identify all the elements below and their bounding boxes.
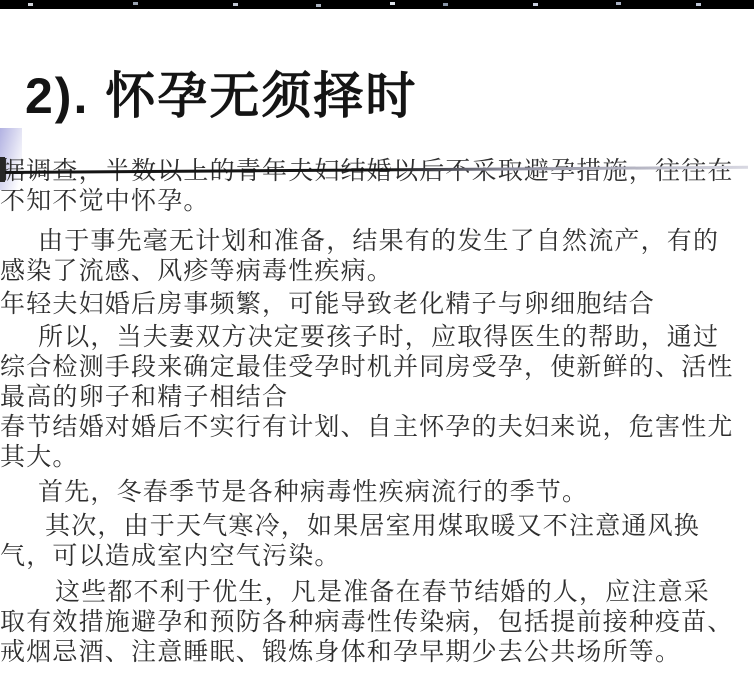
body-line: 综合检测手段来确定最佳受孕时机并同房受孕，使新鲜的、活性: [0, 353, 754, 383]
strikethrough-start-tick: [0, 157, 5, 182]
body-line: 所以，当夫妻双方决定要孩子时，应取得医生的帮助，通过: [0, 323, 754, 353]
top-artifact-bar: [0, 0, 754, 9]
body-line: 气，可以造成室内空气污染。: [0, 542, 754, 572]
body-line: 取有效措施避孕和预防各种病毒性传染病，包括提前接种疫苗、: [0, 608, 754, 638]
body-line: 不知不觉中怀孕。: [0, 187, 754, 217]
slide-body: 据调查，半数以上的青年夫妇结婚以后不采取避孕措施，往往在 不知不觉中怀孕。 由于…: [0, 157, 754, 668]
body-line: 由于事先毫无计划和准备，结果有的发生了自然流产，有的: [0, 227, 754, 257]
body-line: 年轻夫妇婚后房事频繁，可能导致老化精子与卵细胞结合: [0, 290, 754, 320]
slide-title: 2).怀孕无须择时: [25, 56, 417, 128]
body-line: 其大。: [0, 443, 754, 473]
slide-title-text: 怀孕无须择时: [105, 68, 417, 124]
body-line: 这些都不利于优生，凡是准备在春节结婚的人，应注意采: [0, 578, 754, 608]
body-line: 其次，由于天气寒冷，如果居室用煤取暖又不注意通风换: [0, 512, 754, 542]
body-line: 感染了流感、风疹等病毒性疾病。: [0, 257, 754, 287]
body-line: 首先，冬春季节是各种病毒性疾病流行的季节。: [0, 478, 754, 508]
slide-title-number: 2).: [25, 68, 89, 124]
body-line: 最高的卵子和精子相结合: [0, 383, 754, 413]
body-line: 戒烟忌酒、注意睡眠、锻炼身体和孕早期少去公共场所等。: [0, 638, 754, 668]
body-line: 春节结婚对婚后不实行有计划、自主怀孕的夫妇来说，危害性尤: [0, 413, 754, 443]
